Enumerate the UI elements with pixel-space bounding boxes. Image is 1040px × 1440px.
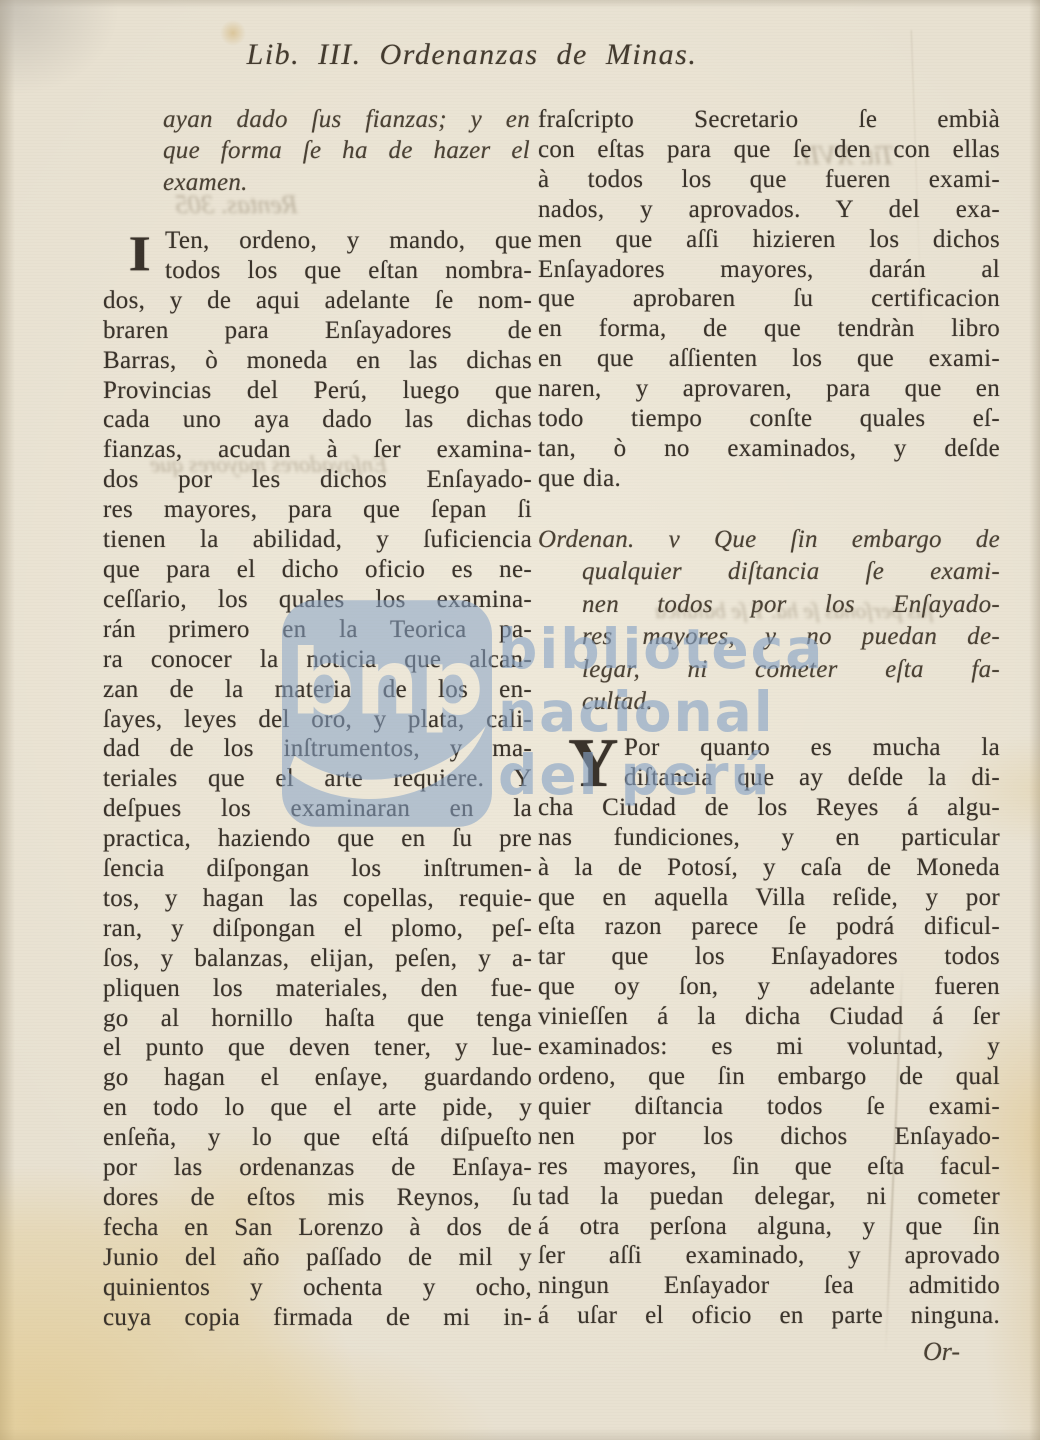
ordinance-line: cultad. <box>538 686 1000 718</box>
text-line: go hagan el enſaye, guardando <box>103 1063 532 1093</box>
text-line: dos, y de aqui adelante ſe nom- <box>103 286 532 316</box>
text-line: ordeno, que ſin embargo de qual <box>538 1062 1000 1092</box>
left-paragraph: I Ten, ordeno, y mando, quetodos los que… <box>103 226 532 1333</box>
text-line: tos, y hagan las copellas, requie- <box>103 884 532 914</box>
drop-cap-letter-I: I <box>129 228 151 278</box>
text-line: ningun Enſayador ſea admitido <box>538 1271 1000 1301</box>
right-paragraph-1: fraſcripto Secretario ſe embiàcon eſtas … <box>538 105 1000 494</box>
text-line: men que aſſi hizieren los dichos <box>538 225 1000 255</box>
text-line: Ten, ordeno, y mando, que <box>103 226 532 256</box>
text-line: que oy ſon, y adelante fueren <box>538 972 1000 1002</box>
text-line: ra conocer la noticia que alcan- <box>103 645 532 675</box>
text-line: dad de los inſtrumentos, y ma- <box>103 734 532 764</box>
text-line: enſeña, y lo que eſtá diſpueſto <box>103 1123 532 1153</box>
text-line: fianzas, acudan à ſer examina- <box>103 435 532 465</box>
text-line: con eſtas para que ſe den con ellas <box>538 135 1000 165</box>
text-line: practica, haziendo que en ſu pre <box>103 824 532 854</box>
text-line: dos por les dichos Enſayado- <box>103 465 532 495</box>
ordinance-line: qualquier diſtancia ſe exami- <box>538 556 1000 588</box>
text-line: Junio del año paſſado de mil y <box>103 1243 532 1273</box>
text-line: quier diſtancia todos ſe exami- <box>538 1092 1000 1122</box>
text-line: que dia. <box>538 464 1000 494</box>
text-line: nas fundiciones, y en particular <box>538 823 1000 853</box>
text-line: todos los que eſtan nombra- <box>103 256 532 286</box>
text-line: eſta razon parece ſe podrá dificul- <box>538 912 1000 942</box>
running-header: Lib. III. Ordenanzas de Minas. <box>0 38 992 72</box>
text-line: todo tiempo conſte quales eſ- <box>538 404 1000 434</box>
text-line: que para el dicho oficio es ne- <box>103 555 532 585</box>
text-line: pliquen los materiales, den fue- <box>103 974 532 1004</box>
ordinance-line: res mayores, y no puedan de- <box>538 621 1000 653</box>
text-line: ſos, y balanzas, elijan, peſen, y a- <box>103 944 532 974</box>
text-line: en forma, de que tendràn libro <box>538 314 1000 344</box>
text-line: braren para Enſayadores de <box>103 316 532 346</box>
text-line: tienen la abilidad, y ſuficiencia <box>103 525 532 555</box>
left-paragraph-lines: Ten, ordeno, y mando, quetodos los que e… <box>103 226 532 1333</box>
text-line: rán primero en la Teorica pa- <box>103 615 532 645</box>
text-line: teriales que el arte requiere. Y <box>103 764 532 794</box>
text-line: en que aſſienten los que exami- <box>538 344 1000 374</box>
right-paragraph-2: Y Por quanto es mucha ladiſtancia que ay… <box>538 733 1000 1331</box>
text-line: ſencia diſpongan los inſtrumen- <box>103 854 532 884</box>
text-line: zan de la materia de los en- <box>103 675 532 705</box>
text-line: que en aquella Villa reſide, y por <box>538 883 1000 913</box>
ordinance-line: nen todos por los Enſayado- <box>538 589 1000 621</box>
text-line: cuya copia firmada de mi in- <box>103 1303 532 1333</box>
text-line: que aprobaren ſu certificacion <box>538 284 1000 314</box>
intro-line: ayan dado ſus fianzas; y en <box>163 104 530 135</box>
left-intro-paragraph: ayan dado ſus fianzas; y enque forma ſe … <box>163 104 530 198</box>
text-line: á uſar el oficio en parte ninguna. <box>538 1301 1000 1331</box>
text-line: go al hornillo haſta que tenga <box>103 1004 532 1034</box>
text-line: tad la puedan delegar, ni cometer <box>538 1182 1000 1212</box>
text-line: tar que los Enſayadores todos <box>538 942 1000 972</box>
text-line: à todos los que fueren exami- <box>538 165 1000 195</box>
catchword: Or- <box>923 1337 960 1367</box>
text-line: ſayes, leyes del oro, y plata, cali- <box>103 705 532 735</box>
text-line: fecha en San Lorenzo à dos de <box>103 1213 532 1243</box>
text-line: fraſcripto Secretario ſe embià <box>538 105 1000 135</box>
text-line: nen por los dichos Enſayado- <box>538 1122 1000 1152</box>
scanned-book-page: Lib. III. Ordenanzas de Minas. Rentas. 3… <box>0 0 1040 1440</box>
text-line: por las ordenanzas de Enſaya- <box>103 1153 532 1183</box>
text-line: el punto que deven tener, y lue- <box>103 1033 532 1063</box>
text-line: vinieſſen á la dicha Ciudad á ſer <box>538 1002 1000 1032</box>
text-line: naren, y aprovaren, para que en <box>538 374 1000 404</box>
text-line: ceſſario, los quales los examina- <box>103 585 532 615</box>
text-line: ſer aſſi examinado, y aprovado <box>538 1241 1000 1271</box>
text-line: en todo lo que el arte pide, y <box>103 1093 532 1123</box>
text-line: cada uno aya dado las dichas <box>103 405 532 435</box>
text-line: Barras, ò moneda en las dichas <box>103 346 532 376</box>
right-paragraph-2-lines: Por quanto es mucha ladiſtancia que ay d… <box>538 733 1000 1331</box>
text-line: Enſayadores mayores, darán al <box>538 255 1000 285</box>
text-line: á otra perſona alguna, y que ſin <box>538 1212 1000 1242</box>
ordinance-line: Ordenan. v Que ſin embargo de <box>538 524 1000 556</box>
text-line: ran, y diſpongan el plomo, peſ- <box>103 914 532 944</box>
text-line: res mayores, para que ſepan ſi <box>103 495 532 525</box>
text-line: examinados: es mi voluntad, y <box>538 1032 1000 1062</box>
text-line: Provincias del Perú, luego que <box>103 376 532 406</box>
intro-line: examen. <box>163 167 530 198</box>
intro-line: que forma ſe ha de hazer el <box>163 135 530 166</box>
text-line: quinientos y ochenta y ocho, <box>103 1273 532 1303</box>
text-line: dores de eſtos mis Reynos, ſu <box>103 1183 532 1213</box>
text-line: res mayores, ſin que eſta facul- <box>538 1152 1000 1182</box>
text-line: deſpues los examinaran en la <box>103 794 532 824</box>
ordinance-heading-paragraph: Ordenan. v Que ſin embargo dequalquier d… <box>538 524 1000 718</box>
text-line: nados, y aprovados. Y del exa- <box>538 195 1000 225</box>
ordinance-line: legar, ni cometer eſta fa- <box>538 654 1000 686</box>
text-line: tan, ò no examinados, y deſde <box>538 434 1000 464</box>
drop-cap-letter-Y: Y <box>568 731 619 797</box>
text-line: à la de Potosí, y caſa de Moneda <box>538 853 1000 883</box>
